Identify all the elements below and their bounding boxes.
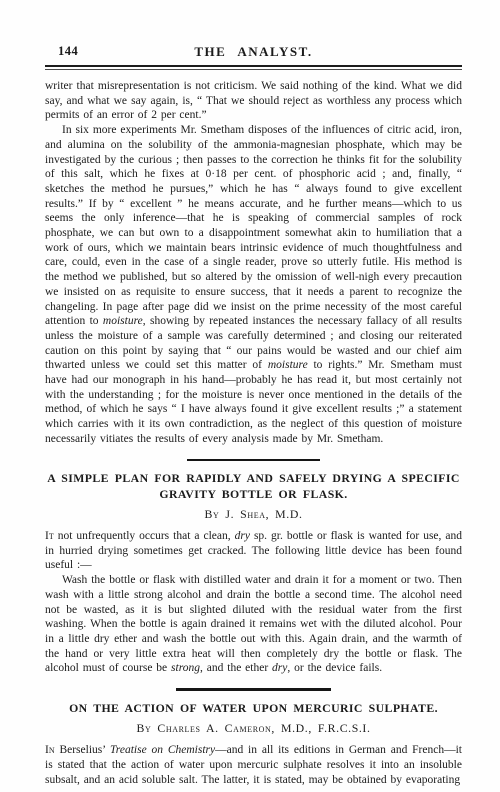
- paragraph: writer that misrepresentation is not cri…: [45, 79, 462, 123]
- section-divider: [176, 688, 331, 691]
- article-byline: By Charles A. Cameron, M.D., F.R.C.S.I.: [45, 721, 462, 736]
- article-title: ON THE ACTION OF WATER UPON MERCURIC SUL…: [45, 701, 462, 717]
- paragraph: In six more experiments Mr. Smetham disp…: [45, 123, 462, 446]
- article-title: A SIMPLE PLAN FOR RAPIDLY AND SAFELY DRY…: [45, 471, 462, 502]
- header-rule: [45, 65, 462, 70]
- page-number: 144: [58, 44, 78, 59]
- article-drying-bottle: A SIMPLE PLAN FOR RAPIDLY AND SAFELY DRY…: [45, 471, 462, 676]
- paragraph: It not unfrequently occurs that a clean,…: [45, 529, 462, 573]
- paragraph: In Berselius’ Treatise on Chemistry—and …: [45, 743, 462, 787]
- paragraph: Wash the bottle or flask with distilled …: [45, 573, 462, 676]
- article-mercuric-sulphate: ON THE ACTION OF WATER UPON MERCURIC SUL…: [45, 701, 462, 788]
- article-smetham-reply: writer that misrepresentation is not cri…: [45, 79, 462, 447]
- journal-title: THE ANALYST.: [45, 44, 462, 60]
- section-divider: [187, 459, 320, 462]
- journal-page: 144 THE ANALYST. writer that misrepresen…: [0, 0, 500, 792]
- page-header: 144 THE ANALYST.: [45, 44, 462, 59]
- article-byline: By J. Shea, M.D.: [45, 507, 462, 522]
